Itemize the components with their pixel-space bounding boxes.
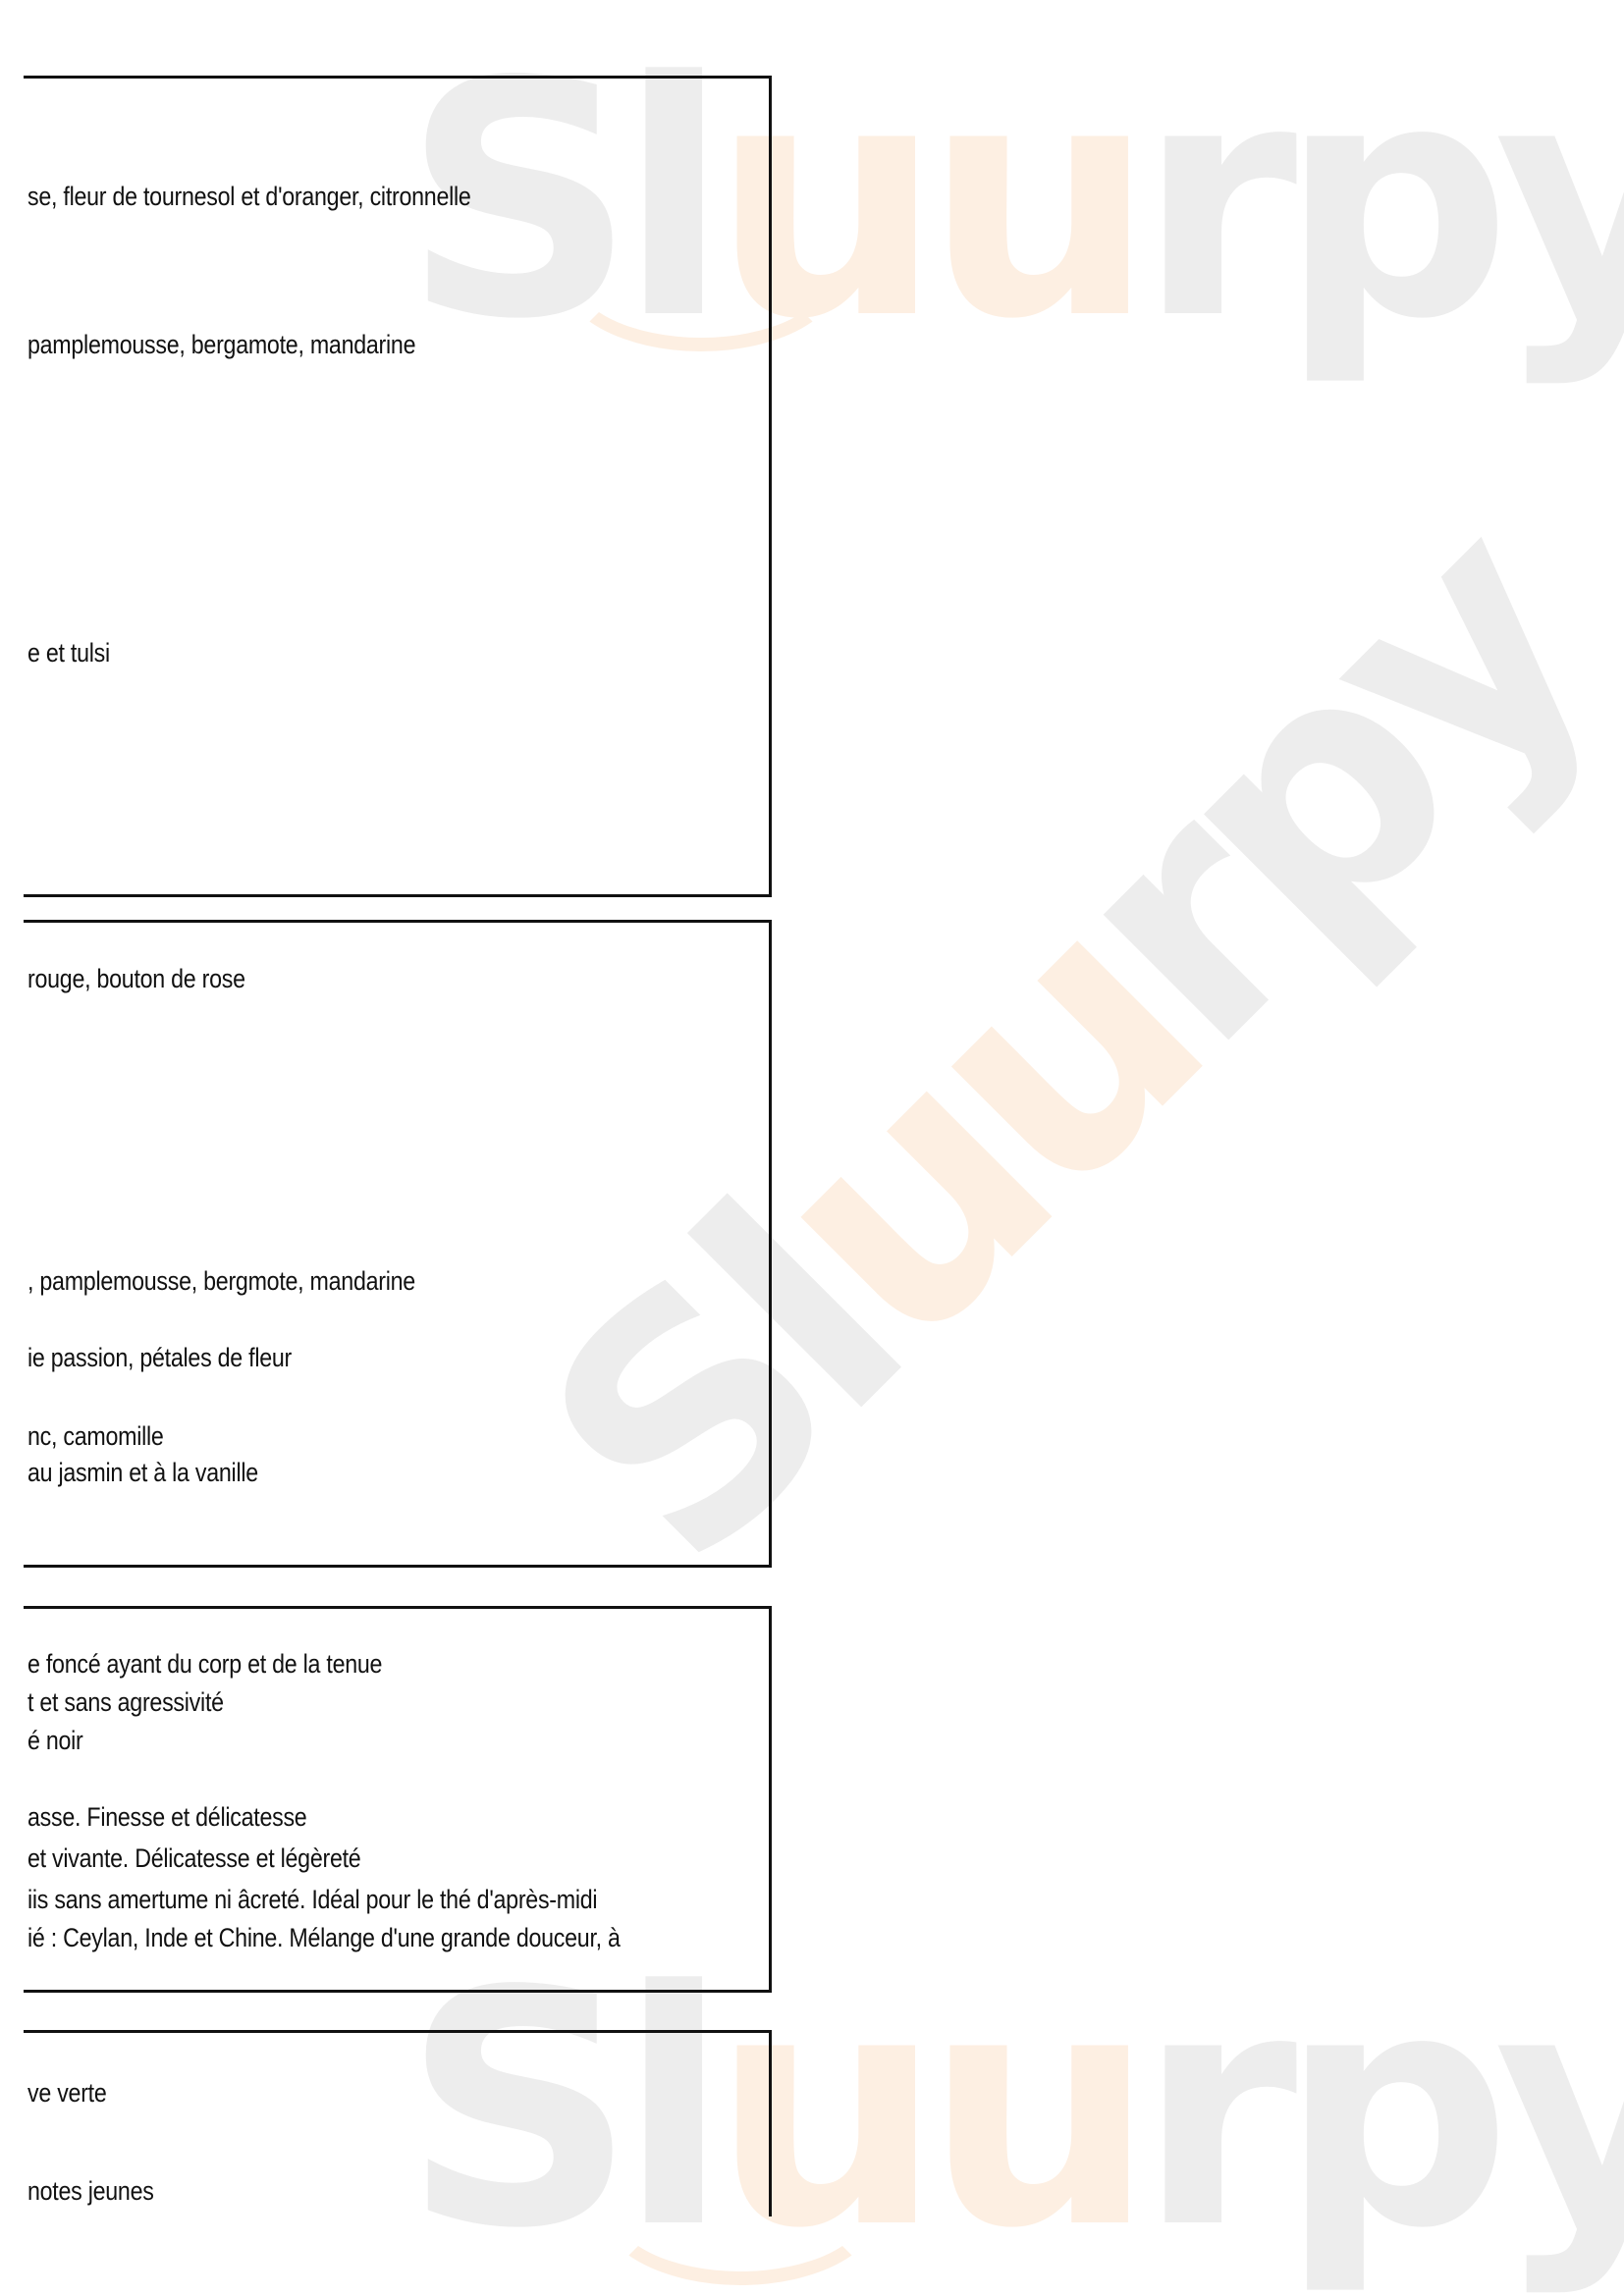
menu-section-3: e foncé ayant du corp et de la tenue t e… xyxy=(24,1606,772,1993)
menu-line: iis sans amertume ni âcreté. Idéal pour … xyxy=(27,1884,597,1915)
menu-line: e foncé ayant du corp et de la tenue xyxy=(27,1648,382,1680)
watermark-text: uu xyxy=(695,847,1263,1415)
menu-line: et vivante. Délicatesse et légèreté xyxy=(27,1842,360,1874)
menu-line: t et sans agressivité xyxy=(27,1686,224,1718)
menu-section-1: se, fleur de tournesol et d'oranger, cit… xyxy=(24,76,772,897)
menu-line: asse. Finesse et délicatesse xyxy=(27,1801,306,1833)
watermark-text: rpy xyxy=(1138,1922,1624,2296)
menu-line: e et tulsi xyxy=(27,637,110,668)
menu-line: nc, camomille xyxy=(27,1420,164,1452)
menu-section-4: ve verte notes jeunes xyxy=(24,2030,772,2216)
menu-line: se, fleur de tournesol et d'oranger, cit… xyxy=(27,181,471,212)
menu-line: é noir xyxy=(27,1725,83,1756)
menu-line: ve verte xyxy=(27,2077,107,2109)
menu-line: pamplemousse, bergamote, mandarine xyxy=(27,329,415,360)
menu-line: ié : Ceylan, Inde et Chine. Mélange d'un… xyxy=(27,1922,621,1953)
menu-line: , pamplemousse, bergmote, mandarine xyxy=(27,1265,415,1297)
watermark-text: rpy xyxy=(997,458,1624,1114)
menu-section-2: rouge, bouton de rose , pamplemousse, be… xyxy=(24,920,772,1568)
menu-line: notes jeunes xyxy=(27,2175,154,2207)
watermark-text: rpy xyxy=(1138,13,1624,390)
menu-line: au jasmin et à la vanille xyxy=(27,1457,258,1488)
menu-line: rouge, bouton de rose xyxy=(27,963,245,994)
menu-line: ie passion, pétales de fleur xyxy=(27,1342,292,1373)
